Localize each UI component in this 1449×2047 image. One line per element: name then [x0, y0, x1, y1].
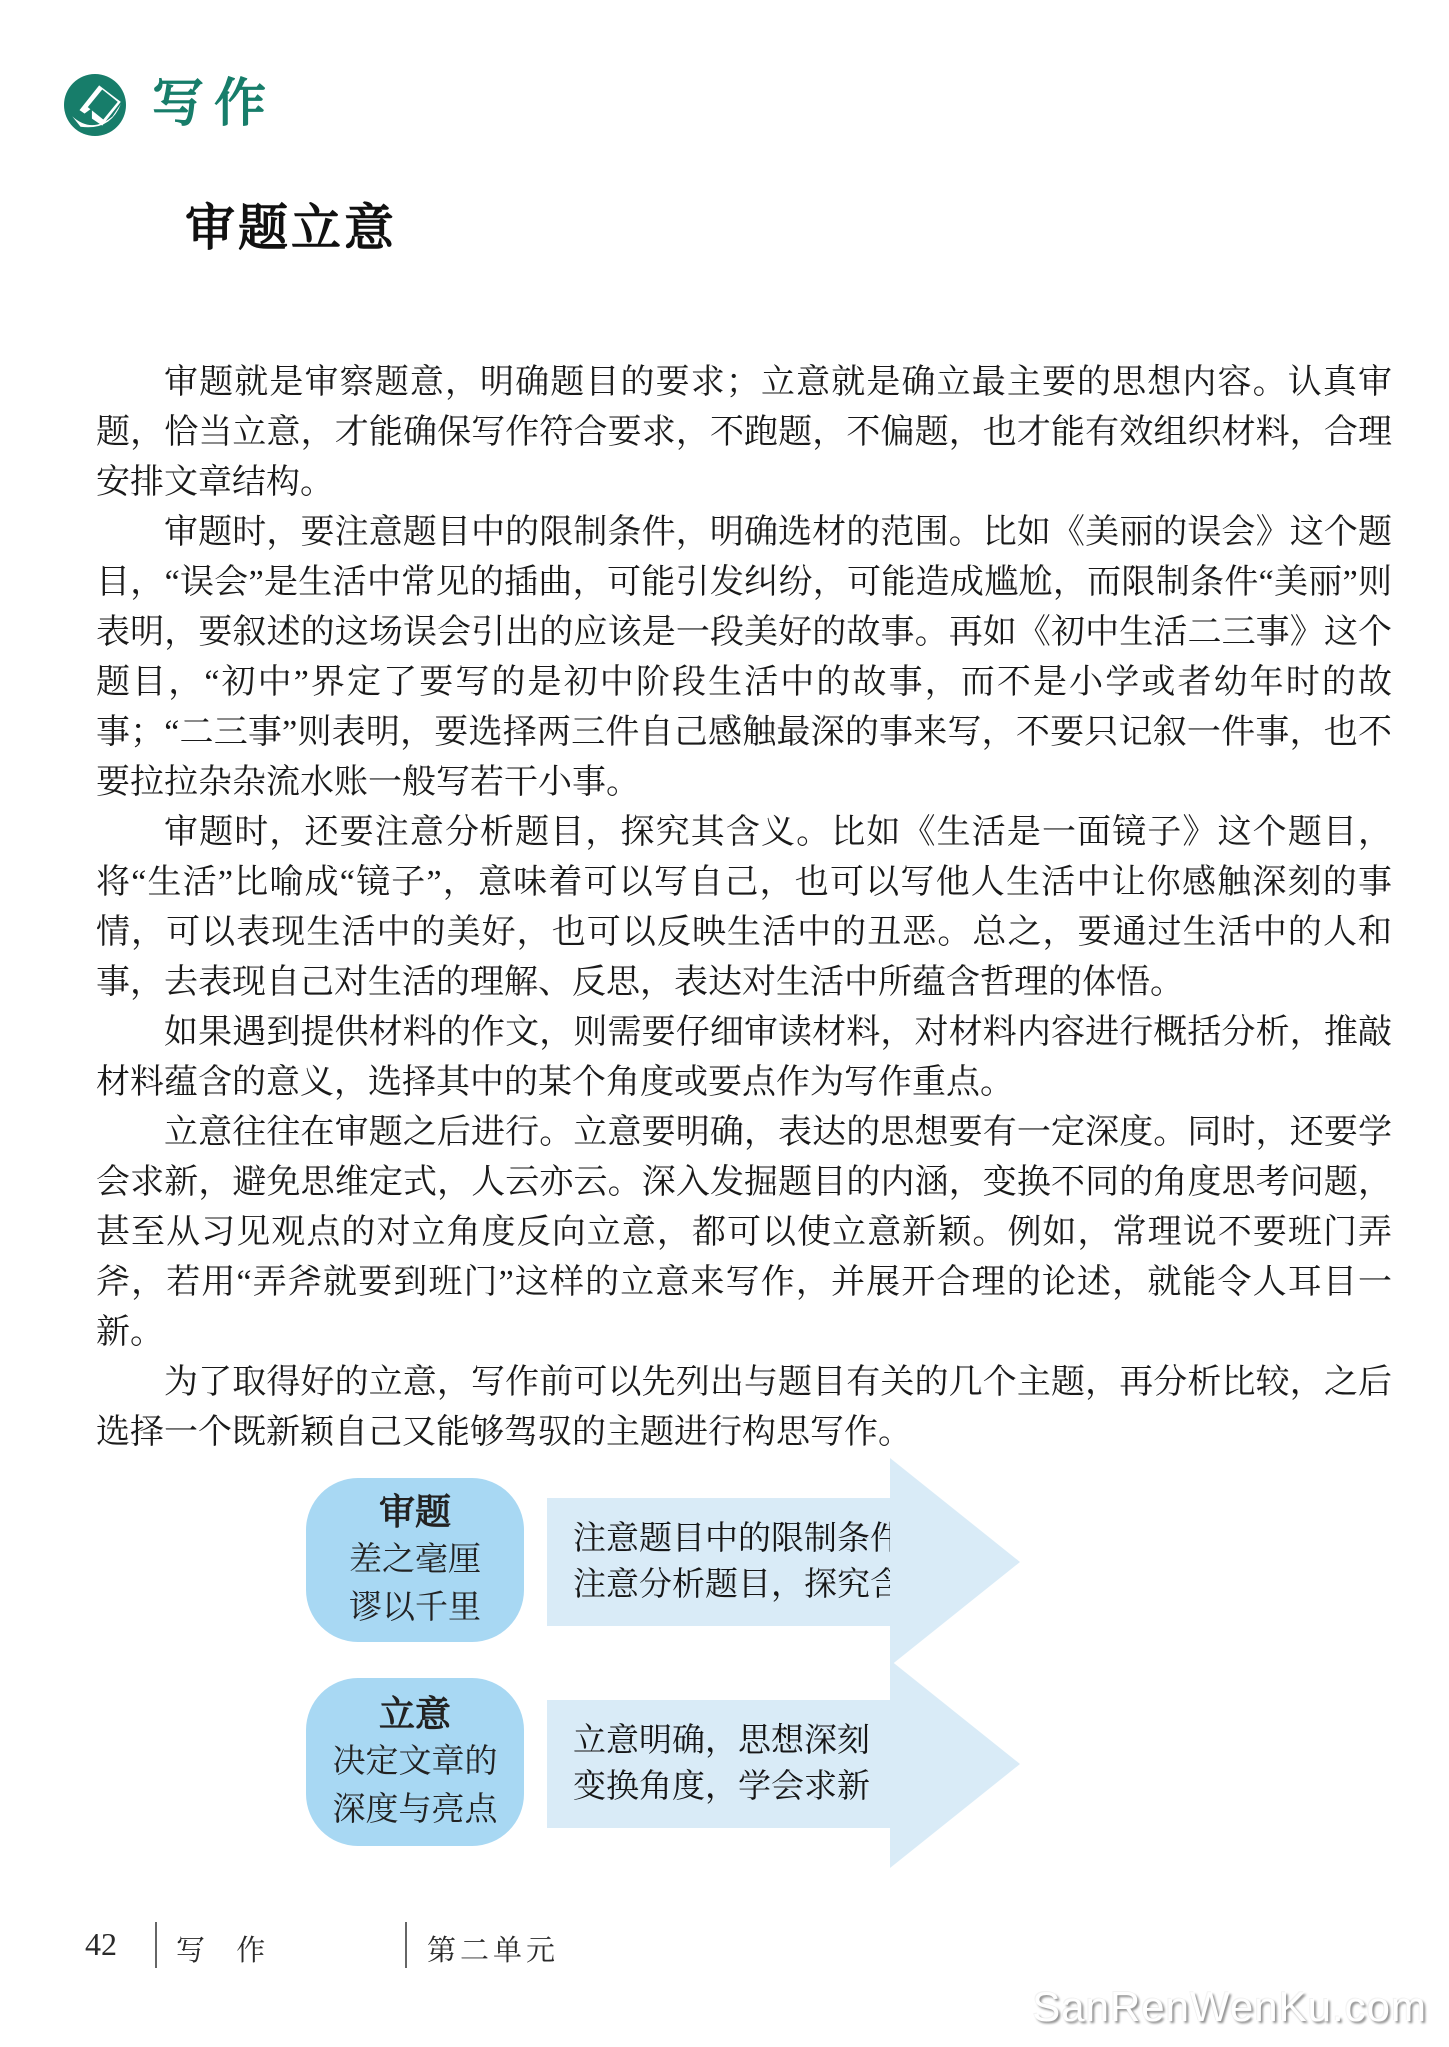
- diagram-arrow-shenti: 注意题目中的限制条件 注意分析题目，探究含义: [547, 1498, 890, 1626]
- diagram-box-shenti: 审题 差之毫厘 谬以千里: [306, 1478, 524, 1642]
- paragraph-6: 为了取得好的立意，写作前可以先列出与题目有关的几个主题，再分析比较，之后选择一个…: [96, 1358, 1392, 1458]
- diagram-box-liyi: 立意 决定文章的 深度与亮点: [306, 1678, 524, 1846]
- diagram-arrow-liyi: 立意明确，思想深刻 变换角度，学会求新: [547, 1700, 890, 1828]
- diagram-box-line: 决定文章的: [333, 1738, 498, 1786]
- arrow-text-line: 变换角度，学会求新: [573, 1764, 890, 1810]
- textbook-page: 写作 审题立意 审题就是审察题意，明确题目的要求；立意就是确立最主要的思想内容。…: [0, 0, 1449, 2047]
- footer-divider: [405, 1922, 407, 1968]
- diagram-box-line: 深度与亮点: [333, 1786, 498, 1834]
- diagram-box-title: 立意: [379, 1690, 451, 1738]
- body-text: 审题就是审察题意，明确题目的要求；立意就是确立最主要的思想内容。认真审题，恰当立…: [96, 358, 1392, 1458]
- section-label: 写作: [152, 76, 276, 133]
- page-number: 42: [85, 1926, 117, 1963]
- paragraph-1: 审题就是审察题意，明确题目的要求；立意就是确立最主要的思想内容。认真审题，恰当立…: [96, 358, 1392, 508]
- diagram-box-line: 差之毫厘: [349, 1536, 481, 1584]
- footer-divider: [155, 1922, 157, 1968]
- footer-section-label: 写 作: [176, 1928, 277, 1969]
- paragraph-3: 审题时，还要注意分析题目，探究其含义。比如《生活是一面镜子》这个题目，将“生活”…: [96, 808, 1392, 1008]
- watermark: SanRenWenKu.com: [1032, 1983, 1427, 2031]
- paragraph-2: 审题时，要注意题目中的限制条件，明确选材的范围。比如《美丽的误会》这个题目，“误…: [96, 508, 1392, 808]
- footer-unit-label: 第二单元: [427, 1928, 559, 1969]
- diagram-box-line: 谬以千里: [349, 1584, 481, 1632]
- arrow-text-line: 注意题目中的限制条件: [573, 1516, 890, 1562]
- right-arrow-head-icon: [890, 1660, 1020, 1868]
- right-arrow-head-icon: [890, 1458, 1020, 1666]
- arrow-text-line: 立意明确，思想深刻: [573, 1718, 890, 1764]
- page-title: 审题立意: [185, 198, 397, 258]
- paragraph-5: 立意往往在审题之后进行。立意要明确，表达的思想要有一定深度。同时，还要学会求新，…: [96, 1108, 1392, 1358]
- writing-book-icon: [64, 74, 126, 136]
- arrow-text-line: 注意分析题目，探究含义: [573, 1562, 890, 1608]
- diagram-box-title: 审题: [379, 1488, 451, 1536]
- paragraph-4: 如果遇到提供材料的作文，则需要仔细审读材料，对材料内容进行概括分析，推敲材料蕴含…: [96, 1008, 1392, 1108]
